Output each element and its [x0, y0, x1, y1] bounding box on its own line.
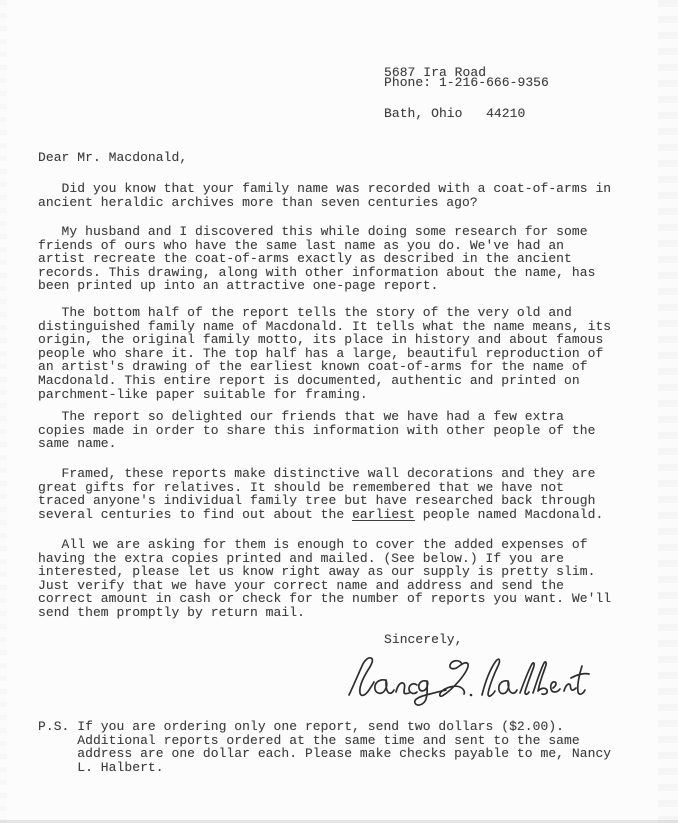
handwritten-signature: [346, 649, 590, 707]
underlined-word: earliest: [352, 507, 415, 522]
paragraph-2: My husband and I discovered this while d…: [38, 225, 595, 293]
scan-edge-artifact-right: [658, 0, 678, 823]
paragraph-4: The report so delighted our friends that…: [38, 410, 595, 451]
letter-page: 5687 Ira Road Bath, Ohio 44210 Phone: 1-…: [0, 0, 678, 823]
scan-edge-artifact-left: [0, 0, 7, 823]
paragraph-1: Did you know that your family name was r…: [38, 182, 611, 209]
salutation: Dear Mr. Macdonald,: [38, 151, 187, 165]
paragraph-5: Framed, these reports make distinctive w…: [38, 467, 603, 521]
signature-icon: [346, 649, 590, 707]
sender-phone: Phone: 1-216-666-9356: [384, 76, 549, 90]
paragraph-5-text-after: people named Macdonald.: [415, 507, 603, 522]
closing: Sincerely,: [384, 633, 463, 647]
paragraph-3: The bottom half of the report tells the …: [38, 306, 611, 401]
paragraph-6: All we are asking for them is enough to …: [38, 538, 611, 620]
postscript: P.S. If you are ordering only one report…: [38, 720, 611, 774]
sender-address-line2: Bath, Ohio 44210: [384, 107, 525, 121]
sender-address: 5687 Ira Road Bath, Ohio 44210: [384, 39, 525, 148]
